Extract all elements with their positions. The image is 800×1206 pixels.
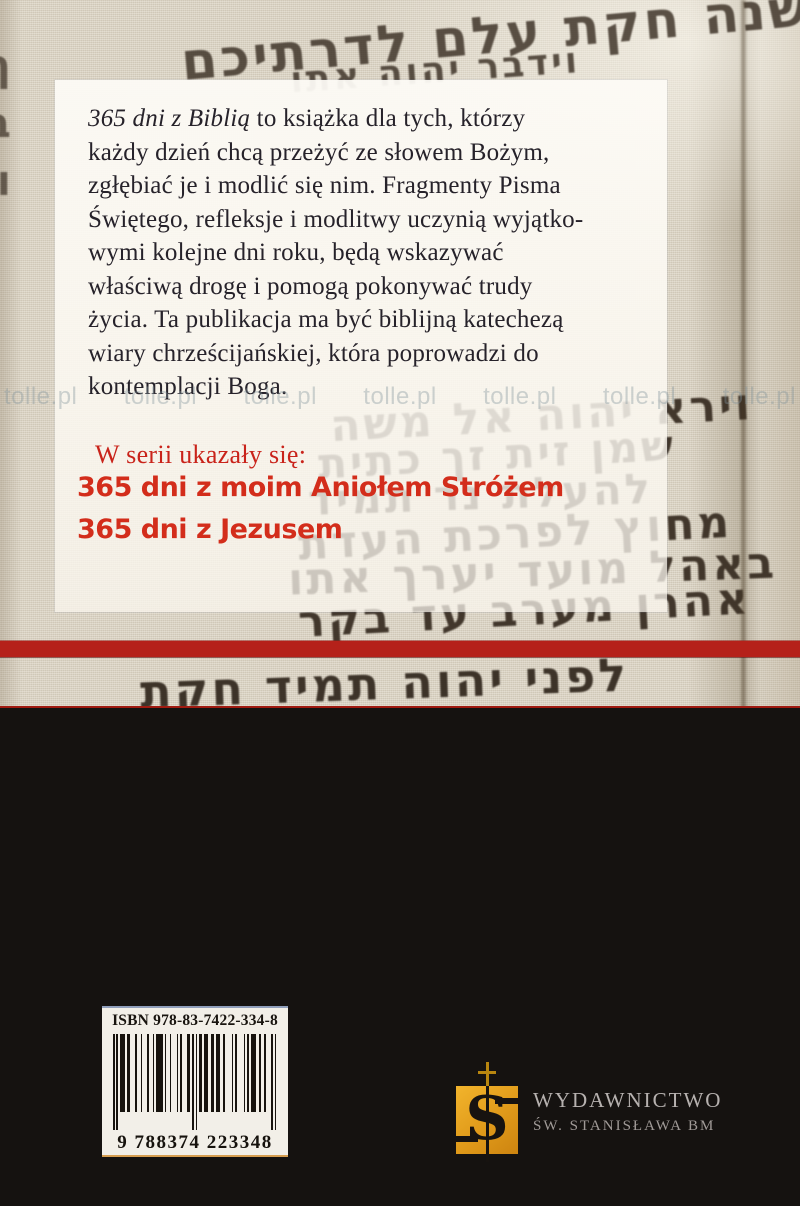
paragraph-line: życia. Ta publikacja ma być biblijną kat…	[88, 303, 648, 337]
paragraph-line: wymi kolejne dni roku, będą wskazywać	[88, 236, 648, 270]
paragraph-line: zgłębiać je i modlić się nim. Fragmenty …	[88, 169, 648, 203]
series-title-2: 365 dni z Jezusem	[77, 514, 342, 545]
isbn-barcode: ISBN 978-83-7422-334-8 9 788374 223348	[102, 1006, 288, 1157]
description-paragraph: 365 dni z Biblią to książka dla tych, kt…	[88, 102, 648, 404]
paragraph-line: 365 dni z Biblią to książka dla tych, kt…	[88, 102, 648, 136]
cross-arm-icon	[478, 1071, 496, 1074]
publisher-name-line2: ŚW. STANISŁAWA BM	[533, 1118, 722, 1135]
logo-bottom-bar	[456, 1136, 478, 1142]
blurb-panel: 365 dni z Biblią to książka dla tych, kt…	[55, 80, 667, 612]
isbn-label: ISBN 978-83-7422-334-8	[102, 1012, 288, 1030]
paragraph-text: to książka dla tych, którzy	[250, 105, 525, 132]
barcode-bars	[113, 1034, 277, 1130]
paragraph-line: właściwą drogę i pomogą pokonywać trudy	[88, 270, 648, 304]
series-header: W serii ukazały się:	[95, 440, 306, 470]
publisher-block: S WYDAWNICTWO ŚW. STANISŁAWA BM	[455, 1062, 755, 1172]
publisher-name-line1: WYDAWNICTWO	[533, 1088, 722, 1113]
paragraph-line: kontemplacji Boga.	[88, 370, 648, 404]
paragraph-line: wiary chrześcijańskiej, która poprowadzi…	[88, 337, 648, 371]
paragraph-line: każdy dzień chcą przeżyć ze słowem Bożym…	[88, 136, 648, 170]
hebrew-script-fragment: ך ב ו	[0, 36, 14, 210]
page-fold-shadow	[740, 0, 747, 708]
red-stripe	[0, 641, 800, 657]
bottom-black-panel: ISBN 978-83-7422-334-8 9 788374 223348 S…	[0, 706, 800, 1206]
book-title-italic: 365 dni z Biblią	[88, 105, 250, 132]
logo-vertical-rule	[486, 1086, 489, 1162]
book-back-cover: בשנה חקת עלם לדרתיכם וידבר יהוה אתו וירא…	[0, 0, 800, 1206]
ean-digits: 9 788374 223348	[102, 1132, 288, 1154]
logo-top-bar	[495, 1098, 518, 1104]
paragraph-line: Świętego, refleksje i modlitwy uczynią w…	[88, 203, 648, 237]
series-title-1: 365 dni z moim Aniołem Stróżem	[77, 472, 564, 503]
publisher-name: WYDAWNICTWO ŚW. STANISŁAWA BM	[533, 1088, 722, 1135]
